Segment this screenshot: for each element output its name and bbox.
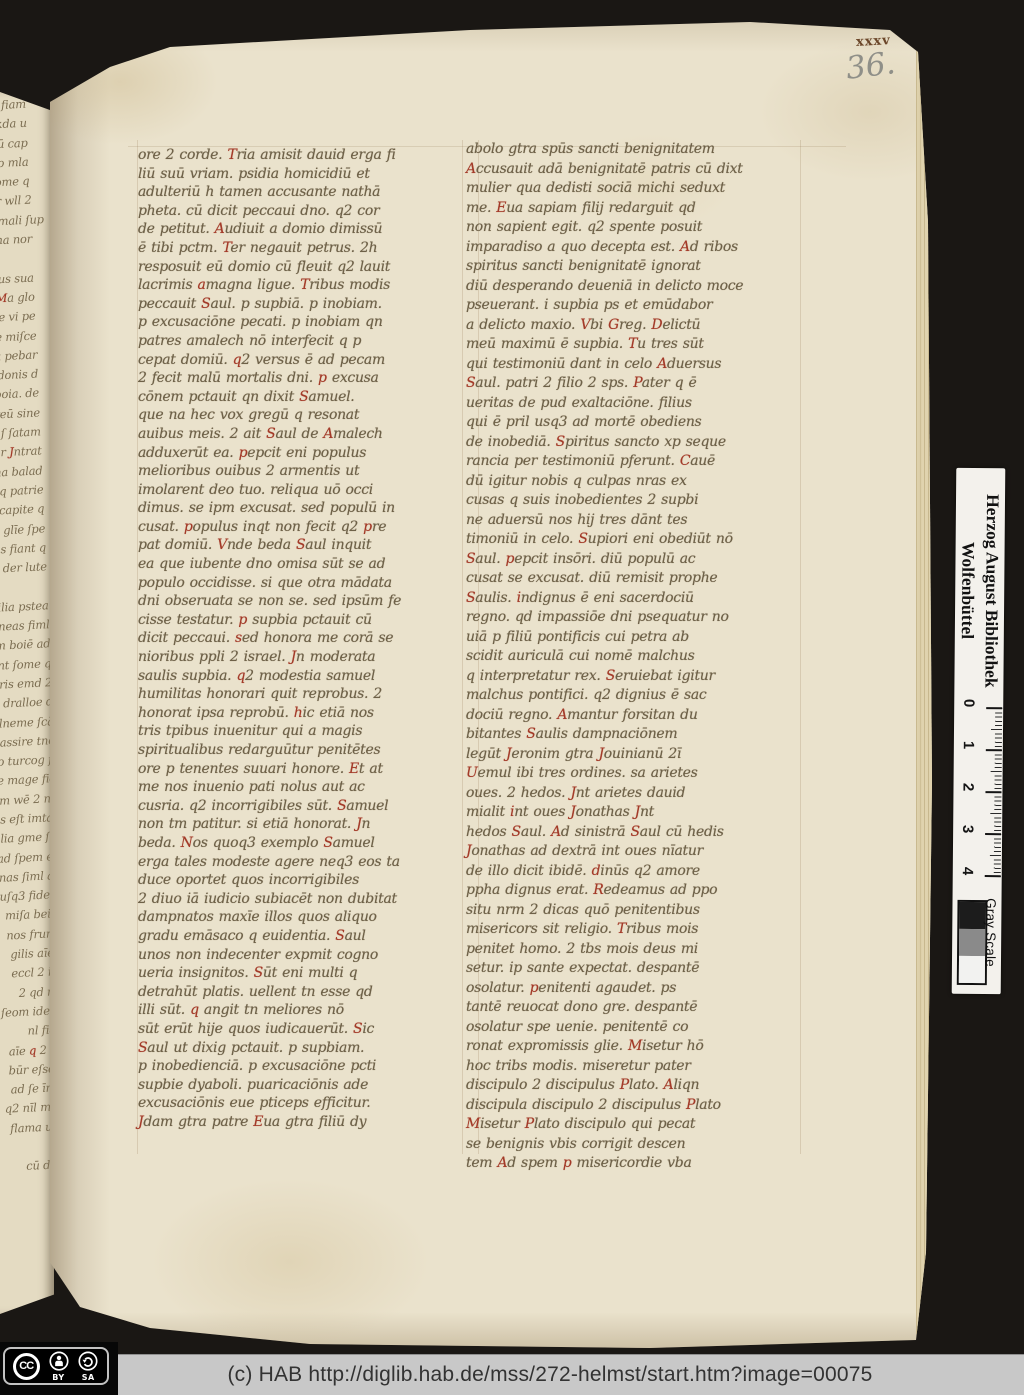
manuscript-text-line: cusria. q2 incorrigibiles sūt. Samuel: [138, 797, 474, 816]
manuscript-text-line: dū igitur nobis q culpas nras ex: [466, 472, 802, 492]
manuscript-text-line: dni obseruata se non se. sed ipsūm fe: [138, 592, 474, 611]
manuscript-text-line: tris tpibus inuenitur qui a magis: [138, 722, 474, 741]
manuscript-text-line: honorat ipsa reprobū. hic etiā nos: [138, 704, 474, 723]
ruler-number: 1: [961, 741, 977, 757]
manuscript-text-line: que na hec vox gregū q resonat: [138, 406, 474, 425]
manuscript-text-line: non sapient egit. q2 spente posuit: [466, 218, 802, 238]
manuscript-text-line: me. Eua sapiam filij redarguit qd: [466, 199, 802, 219]
manuscript-text-line: erga tales modeste agere neq3 eos ta: [138, 853, 474, 872]
previous-page-text: alnuag fiamrd nakda ug ē duirū capal lir…: [0, 95, 54, 1178]
manuscript-text-line: hedos Saul. Ad sinistrā Saul cū hedis: [466, 823, 802, 843]
manuscript-text-line: Jdam gtra patre Eua gtra filiū dy: [138, 1113, 474, 1132]
ruler-strip: Herzog August Bibliothek Wolfenbüttel Gr…: [952, 468, 1006, 994]
manuscript-text-line: Jonathas ad dextrā int oues nīatur: [466, 842, 802, 862]
text-column-1: ore 2 corde. Tria amisit dauid erga fili…: [138, 146, 474, 1131]
manuscript-text-line: tantē reuocat dono gre. despantē: [466, 998, 802, 1018]
cc-sa-label: SA: [82, 1373, 95, 1382]
cc-license-backdrop: CC BY SA: [0, 1342, 118, 1395]
institution-line: Wolfenbüttel: [955, 474, 981, 708]
manuscript-text-line: de illo dicit ibidē. dinūs q2 amore: [466, 862, 802, 882]
folio-number-pencil: 36.: [844, 45, 897, 87]
ruler-number: 2: [960, 783, 976, 799]
ruler-major-tick: [985, 875, 1001, 877]
manuscript-text-line: a delicto maxio. Vbi Greg. Delictū: [466, 316, 802, 336]
manuscript-text-line: resposuit eū domio cū fleuit q2 lauit: [138, 258, 474, 277]
cc-sa-group: SA: [77, 1351, 99, 1382]
manuscript-text-line: Accusauit adā benignitatē patris cū dixt: [466, 160, 802, 180]
manuscript-text-line: penitet homo. 2 tbs mois deus mi: [466, 940, 802, 960]
manuscript-text-line: me nos inuenio pati nolus aut ac: [138, 778, 474, 797]
manuscript-text-line: se benignis vbis corrigit descen: [466, 1135, 802, 1155]
manuscript-text-line: ppha dignus erat. Redeamus ad ppo: [466, 881, 802, 901]
manuscript-text-line: liū suū vriam. psidia homicidiū et: [138, 165, 474, 184]
manuscript-text-line: Uemul ibi tres ordines. sa arietes: [466, 764, 802, 784]
margin-text-line: cū dī aīa: [0, 1155, 54, 1178]
manuscript-text-line: situ nrm 2 dicas quō penitentibus: [466, 901, 802, 921]
manuscript-text-line: pat domiū. Vnde beda Saul inquit: [138, 536, 474, 555]
manuscript-text-line: cusat se excusat. diū remisit prophe: [466, 569, 802, 589]
ruler-major-tick: [986, 749, 1002, 751]
cc-by-person-icon: [48, 1351, 70, 1373]
manuscript-text-line: Saul. patri 2 filio 2 sps. Pater q ē: [466, 374, 802, 394]
manuscript-text-line: scidit auriculā cui nomē malchus: [466, 647, 802, 667]
manuscript-text-line: discipulo 2 discipulus Plato. Aliqn: [466, 1076, 802, 1096]
manuscript-text-line: rancia per testimoniū pferunt. Cauē: [466, 452, 802, 472]
manuscript-text-line: spiritus sancti benignitatē ignorat: [466, 257, 802, 277]
manuscript-text-line: duce oportet quos incorrigibiles: [138, 871, 474, 890]
manuscript-text-line: nioribus ppli 2 israel. Jn moderata: [138, 648, 474, 667]
manuscript-text-line: ore p tenentes suuari honore. Et at: [138, 760, 474, 779]
manuscript-text-line: saulis supbia. q2 modestia samuel: [138, 667, 474, 686]
manuscript-text-line: imparadiso a quo decepta est. Ad ribos: [466, 238, 802, 258]
institution-name: Herzog August Bibliothek Wolfenbüttel: [954, 474, 1005, 708]
digitized-manuscript-viewer: alnuag fiamrd nakda ug ē duirū capal lir…: [0, 0, 1024, 1395]
manuscript-text-line: q interpretatur rex. Seruiebat igitur: [466, 667, 802, 687]
cc-logo-icon: CC: [13, 1353, 40, 1380]
manuscript-text-line: mulier qua dedisti sociā michi seduxt: [466, 179, 802, 199]
ruler-major-tick: [986, 707, 1002, 709]
manuscript-text-line: abolo gtra spūs sancti benignitatem: [466, 140, 802, 160]
manuscript-text-line: ē tibi pctm. Ter negauit petrus. 2h: [138, 239, 474, 258]
manuscript-text-line: mialit int oues Jonathas Jnt: [466, 803, 802, 823]
manuscript-text-line: p inobedienciā. p excusaciōne pcti: [138, 1057, 474, 1076]
manuscript-text-line: Saul. pepcit insōri. diū populū ac: [466, 550, 802, 570]
footer-bar: (c) HAB http://diglib.hab.de/mss/272-hel…: [0, 1354, 1024, 1395]
manuscript-text-line: ueritas de pud exaltaciōne. filius: [466, 394, 802, 414]
previous-page-edge: alnuag fiamrd nakda ug ē duirū capal lir…: [0, 92, 54, 1314]
manuscript-text-line: lacrimis amagna ligue. Tribus modis: [138, 276, 474, 295]
manuscript-text-line: sūt erūt hije quos iudicauerūt. Sic: [138, 1020, 474, 1039]
ruler-number: 3: [960, 825, 976, 841]
manuscript-text-line: regno. qd impassiōe dni psequatur no: [466, 608, 802, 628]
manuscript-text-line: 2 diuo iā iudicio subiacēt non dubitat: [138, 890, 474, 909]
ruler-major-tick: [985, 791, 1001, 793]
cc-license-badge[interactable]: CC BY SA: [3, 1347, 109, 1385]
manuscript-text-line: peccauit Saul. p supbiā. p inobiam.: [138, 295, 474, 314]
manuscript-text-line: beda. Nos quoq3 exemplo Samuel: [138, 834, 474, 853]
manuscript-text-line: adulteriū h tamen accusante nathā: [138, 183, 474, 202]
manuscript-text-line: melioribus ouibus 2 armentis ut: [138, 462, 474, 481]
manuscript-text-line: 2 fecit malū mortalis dni. p excusa: [138, 369, 474, 388]
manuscript-text-line: hoc tribs modis. miseretur pater: [466, 1057, 802, 1077]
cc-by-group: BY: [48, 1351, 70, 1382]
manuscript-text-line: non tm patitur. si etiā honorat. Jn: [138, 815, 474, 834]
margin-text-line: q2 nīl moge: [0, 1097, 54, 1120]
manuscript-text-line: ore 2 corde. Tria amisit dauid erga fi: [138, 146, 474, 165]
page-fore-edge: [916, 38, 936, 1334]
manuscript-text-line: excusaciōnis eue pticeps efficitur.: [138, 1094, 474, 1113]
ruler-number: 0: [961, 699, 977, 715]
manuscript-text-line: cepat domiū. q2 versus ē ad pecam: [138, 351, 474, 370]
margin-text-line: nl fiarā: [0, 1020, 54, 1043]
manuscript-text-line: detrahūt platis. uellent tn esse qd: [138, 983, 474, 1002]
manuscript-text-line: meū maximū ē supbia. Tu tres sūt: [466, 335, 802, 355]
manuscript-text-line: de petitut. Audiuit a domio dimissū: [138, 220, 474, 239]
margin-text-line: eccl 2 iua: [0, 962, 54, 985]
manuscript-text-line: osolatur. penitenti agaudet. ps: [466, 979, 802, 999]
manuscript-text-line: ne aduersū nos hij tres dānt tes: [466, 511, 802, 531]
margin-text-line: flama urgiſ: [0, 1116, 54, 1139]
manuscript-text-line: Saul ut dixig pctauit. p supbiam.: [138, 1039, 474, 1058]
manuscript-text-line: imolarent deo tuo. reliqua uō occi: [138, 481, 474, 500]
manuscript-text-line: dociū regno. Amantur forsitan du: [466, 706, 802, 726]
manuscript-text-line: diū desperando deueniā in delicto moce: [466, 277, 802, 297]
manuscript-text-line: ea que iubente dno omisa sūt se ad: [138, 555, 474, 574]
manuscript-text-line: pheta. cū dicit peccaui dno. q2 cor: [138, 202, 474, 221]
gray-scale-patch-black: [959, 902, 985, 929]
manuscript-text-line: ueria insignitos. Sūt eni multi q: [138, 964, 474, 983]
manuscript-text-line: gradu emāsaco q euidentia. Saul: [138, 927, 474, 946]
manuscript-text-line: qui ē pril usq3 ad mortē obediens: [466, 413, 802, 433]
gray-scale-patch-white: [959, 956, 985, 983]
manuscript-text-line: pseuerant. i supbia ps et emūdabor: [466, 296, 802, 316]
gray-scale-patch-mid: [959, 929, 985, 956]
cc-by-label: BY: [52, 1373, 64, 1382]
manuscript-text-line: dimus. se ipm excusat. sed populū in: [138, 499, 474, 518]
institution-line: Herzog August Bibliothek: [979, 474, 1005, 708]
manuscript-text-line: Saulis. indignus ē eni sacerdociū: [466, 589, 802, 609]
manuscript-page: xxxv 36. ore 2 corde. Tria amisit dauid …: [50, 22, 936, 1348]
manuscript-text-line: osolatur spe uenie. penitentē co: [466, 1018, 802, 1038]
manuscript-text-line: adduxerūt ea. pepcit eni populus: [138, 444, 474, 463]
manuscript-text-line: setur. ip sante expectat. despantē: [466, 959, 802, 979]
manuscript-text-line: uiā p filiū pontificis cui petra ab: [466, 628, 802, 648]
manuscript-text-line: legūt Jeronim gtra Jouinianū 2ī: [466, 745, 802, 765]
manuscript-text-line: unos non indecenter expmit cogno: [138, 946, 474, 965]
manuscript-text-line: de inobediā. Spiritus sancto xp seque: [466, 433, 802, 453]
gray-scale-label: Gray Scale: [983, 898, 999, 990]
manuscript-text-line: qui testimoniū dant in celo Aduersus: [466, 355, 802, 375]
cc-sa-arrow-icon: [77, 1351, 99, 1373]
manuscript-text-line: cusat. populus inqt non fecit q2 pre: [138, 518, 474, 537]
manuscript-text-line: discipula discipulo 2 discipulus Plato: [466, 1096, 802, 1116]
manuscript-text-line: malchus pontifici. q2 dignius ē sac: [466, 686, 802, 706]
footer-copyright-text: (c) HAB http://diglib.hab.de/mss/272-hel…: [227, 1363, 872, 1387]
manuscript-text-line: tem Ad spem p misericordie vba: [466, 1154, 802, 1174]
manuscript-text-line: ronat expromissis glie. Misetur hō: [466, 1037, 802, 1057]
manuscript-text-line: cōnem pctauit qn dixit Samuel.: [138, 388, 474, 407]
ruler-major-tick: [985, 833, 1001, 835]
manuscript-text-line: patres amalech nō interfecit q p: [138, 332, 474, 351]
manuscript-text-line: supbie dyaboli. puaricaciōnis ade: [138, 1076, 474, 1095]
margin-text-line: [0, 1136, 54, 1159]
manuscript-text-line: misericors sit religio. Tribus mois: [466, 920, 802, 940]
manuscript-text-line: bitantes Saulis dampnaciōnem: [466, 725, 802, 745]
manuscript-text-line: cusas q suis inobedientes 2 supbi: [466, 491, 802, 511]
manuscript-text-line: timoniū in celo. Supiori eni obediūt nō: [466, 530, 802, 550]
manuscript-text-line: dampnatos maxīe illos quos aliquo: [138, 908, 474, 927]
manuscript-text-line: cisse testatur. p supbia pctauit cū: [138, 611, 474, 630]
manuscript-text-line: Misetur Plato discipulo qui pecat: [466, 1115, 802, 1135]
manuscript-text-line: populo occidisse. si que otra mādata: [138, 574, 474, 593]
manuscript-text-line: humilitas honorari quit reprobus. 2: [138, 685, 474, 704]
manuscript-text-line: p excusaciōne pecati. p inobiam qn: [138, 313, 474, 332]
ruler-number: 4: [960, 867, 976, 883]
manuscript-text-line: spiritualibus redarguūtur penitētes: [138, 741, 474, 760]
margin-text-line: aīe q 2 ara: [0, 1039, 54, 1062]
manuscript-text-line: illi sūt. q angit tn meliores nō: [138, 1001, 474, 1020]
manuscript-text-line: dicit peccaui. sed honora me corā se: [138, 629, 474, 648]
manuscript-text-line: oues. 2 hedos. Jnt arietes dauid: [466, 784, 802, 804]
text-column-2: abolo gtra spūs sancti benignitatemAccus…: [466, 140, 802, 1174]
manuscript-text-line: auibus meis. 2 ait Saul de Amalech: [138, 425, 474, 444]
